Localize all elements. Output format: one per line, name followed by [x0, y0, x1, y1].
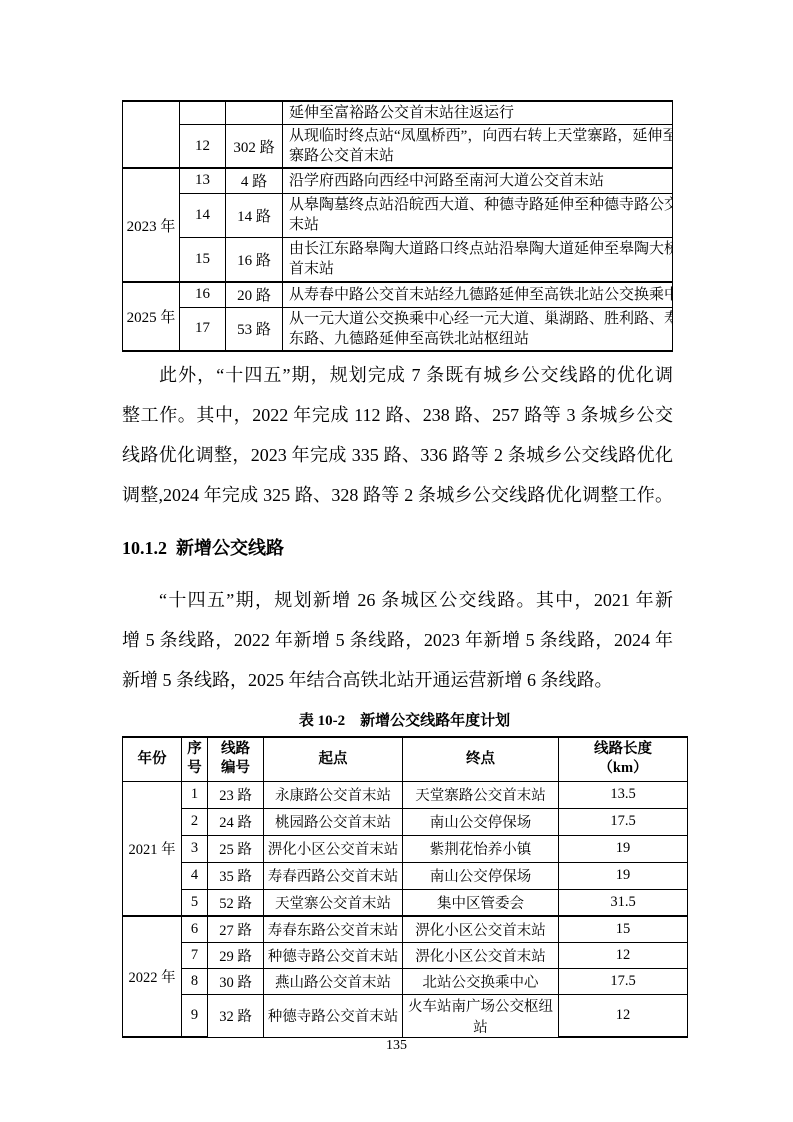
table-row: 4 35 路 寿春西路公交首末站 南山公交停保场 19 [123, 862, 688, 889]
seq-cell: 3 [182, 835, 208, 862]
desc-cell: 从皋陶墓终点站沿皖西大道、种德寺路延伸至种德寺路公交首 末站 [283, 193, 673, 237]
table-row: 8 30 路 燕山路公交首末站 北站公交换乘中心 17.5 [123, 968, 688, 994]
terminal-cell: 淠化小区公交首末站 [403, 942, 559, 968]
route-cell: 20 路 [226, 282, 283, 307]
origin-cell: 淠化小区公交首末站 [264, 835, 403, 862]
seq-cell [180, 101, 226, 125]
terminal-cell: 火车站南广场公交枢纽站 [403, 994, 559, 1037]
table-row: 2025 年 16 20 路 从寿春中路公交首末站经九德路延伸至高铁北站公交换乘… [123, 282, 673, 307]
origin-cell: 永康路公交首末站 [264, 781, 403, 808]
new-routes-table: 年份 序 号 线路 编号 起点 终点 线路长度 （km） 2021 年 1 23… [122, 736, 688, 1038]
seq-cell: 15 [180, 237, 226, 282]
paragraph-line: “十四五”期，规划新增 26 条城区公交线路。其中，2021 年新 [122, 580, 673, 620]
terminal-cell: 紫荆花怡养小镇 [403, 835, 559, 862]
seq-cell: 5 [182, 889, 208, 916]
terminal-cell: 集中区管委会 [403, 889, 559, 916]
seq-cell: 13 [180, 168, 226, 193]
seq-cell: 17 [180, 307, 226, 351]
terminal-cell: 北站公交换乘中心 [403, 968, 559, 994]
route-cell: 24 路 [208, 808, 264, 835]
paragraph-line: 新增 5 条线路，2025 年结合高铁北站开通运营新增 6 条线路。 [122, 660, 673, 700]
section-title: 新增公交线路 [176, 538, 284, 558]
origin-cell: 种德寺路公交首末站 [264, 942, 403, 968]
document-page: 延伸至富裕路公交首末站往返运行 12 302 路 从现临时终点站“凤凰桥西”，向… [0, 0, 793, 1122]
seq-cell: 12 [180, 125, 226, 169]
table-row: 延伸至富裕路公交首末站往返运行 [123, 101, 673, 125]
paragraph-new-routes: “十四五”期，规划新增 26 条城区公交线路。其中，2021 年新 增 5 条线… [122, 580, 673, 700]
header-route: 线路 编号 [208, 737, 264, 781]
header-origin: 起点 [264, 737, 403, 781]
table-row: 3 25 路 淠化小区公交首末站 紫荆花怡养小镇 19 [123, 835, 688, 862]
year-cell [123, 101, 180, 168]
year-cell: 2022 年 [123, 916, 182, 1037]
length-cell: 15 [559, 916, 688, 942]
table-row: 17 53 路 从一元大道公交换乘中心经一元大道、巢湖路、胜利路、寿春 东路、九… [123, 307, 673, 351]
route-cell: 4 路 [226, 168, 283, 193]
seq-cell: 1 [182, 781, 208, 808]
terminal-cell: 淠化小区公交首末站 [403, 916, 559, 942]
desc-cell: 从一元大道公交换乘中心经一元大道、巢湖路、胜利路、寿春 东路、九德路延伸至高铁北… [283, 307, 673, 351]
seq-cell: 8 [182, 968, 208, 994]
header-terminal: 终点 [403, 737, 559, 781]
route-cell: 16 路 [226, 237, 283, 282]
seq-cell: 4 [182, 862, 208, 889]
page-number: 135 [0, 1036, 793, 1056]
table-row: 7 29 路 种德寺路公交首末站 淠化小区公交首末站 12 [123, 942, 688, 968]
table-row: 15 16 路 由长江东路皋陶大道路口终点站沿皋陶大道延伸至皋陶大桥北 首末站 [123, 237, 673, 282]
route-cell: 27 路 [208, 916, 264, 942]
table-row: 14 14 路 从皋陶墓终点站沿皖西大道、种德寺路延伸至种德寺路公交首 末站 [123, 193, 673, 237]
terminal-cell: 南山公交停保场 [403, 862, 559, 889]
route-cell: 29 路 [208, 942, 264, 968]
paragraph-line: 线路优化调整，2023 年完成 335 路、336 路等 2 条城乡公交线路优化 [122, 435, 673, 475]
header-length: 线路长度 （km） [559, 737, 688, 781]
seq-cell: 14 [180, 193, 226, 237]
header-year: 年份 [123, 737, 182, 781]
paragraph-line: 整工作。其中，2022 年完成 112 路、238 路、257 路等 3 条城乡… [122, 395, 673, 435]
length-cell: 12 [559, 994, 688, 1037]
route-cell: 25 路 [208, 835, 264, 862]
table-row: 5 52 路 天堂寨公交首末站 集中区管委会 31.5 [123, 889, 688, 916]
length-cell: 12 [559, 942, 688, 968]
route-cell: 53 路 [226, 307, 283, 351]
seq-cell: 6 [182, 916, 208, 942]
adjusted-routes-table-continued: 延伸至富裕路公交首末站往返运行 12 302 路 从现临时终点站“凤凰桥西”，向… [122, 100, 673, 352]
route-cell: 30 路 [208, 968, 264, 994]
seq-cell: 16 [180, 282, 226, 307]
origin-cell: 寿春东路公交首末站 [264, 916, 403, 942]
route-cell: 14 路 [226, 193, 283, 237]
desc-cell: 延伸至富裕路公交首末站往返运行 [283, 101, 673, 125]
length-cell: 19 [559, 862, 688, 889]
origin-cell: 天堂寨公交首末站 [264, 889, 403, 916]
length-cell: 19 [559, 835, 688, 862]
desc-cell: 由长江东路皋陶大道路口终点站沿皋陶大道延伸至皋陶大桥北 首末站 [283, 237, 673, 282]
year-cell: 2023 年 [123, 168, 180, 282]
desc-cell: 从现临时终点站“凤凰桥西”，向西右转上天堂寨路，延伸至天堂 寨路公交首末站 [283, 125, 673, 169]
table-header-row: 年份 序 号 线路 编号 起点 终点 线路长度 （km） [123, 737, 688, 781]
header-seq: 序 号 [182, 737, 208, 781]
year-cell: 2021 年 [123, 781, 182, 916]
paragraph-line: 此外，“十四五”期，规划完成 7 条既有城乡公交线路的优化调 [122, 355, 673, 395]
terminal-cell: 南山公交停保场 [403, 808, 559, 835]
length-cell: 17.5 [559, 808, 688, 835]
table-row: 9 32 路 种德寺路公交首末站 火车站南广场公交枢纽站 12 [123, 994, 688, 1037]
origin-cell: 燕山路公交首末站 [264, 968, 403, 994]
route-cell: 302 路 [226, 125, 283, 169]
route-cell: 35 路 [208, 862, 264, 889]
seq-cell: 9 [182, 994, 208, 1037]
length-cell: 31.5 [559, 889, 688, 916]
length-cell: 17.5 [559, 968, 688, 994]
seq-cell: 7 [182, 942, 208, 968]
length-cell: 13.5 [559, 781, 688, 808]
table-row: 2023 年 13 4 路 沿学府西路向西经中河路至南河大道公交首末站 [123, 168, 673, 193]
desc-cell: 从寿春中路公交首末站经九德路延伸至高铁北站公交换乘中心 [283, 282, 673, 307]
terminal-cell: 天堂寨路公交首末站 [403, 781, 559, 808]
origin-cell: 桃园路公交首末站 [264, 808, 403, 835]
section-heading: 10.1.2新增公交线路 [122, 528, 284, 568]
route-cell: 52 路 [208, 889, 264, 916]
table-row: 2 24 路 桃园路公交首末站 南山公交停保场 17.5 [123, 808, 688, 835]
table-row: 2022 年 6 27 路 寿春东路公交首末站 淠化小区公交首末站 15 [123, 916, 688, 942]
paragraph-line: 调整,2024 年完成 325 路、328 路等 2 条城乡公交线路优化调整工作… [122, 475, 673, 515]
route-cell: 23 路 [208, 781, 264, 808]
desc-cell: 沿学府西路向西经中河路至南河大道公交首末站 [283, 168, 673, 193]
origin-cell: 寿春西路公交首末站 [264, 862, 403, 889]
seq-cell: 2 [182, 808, 208, 835]
table-caption: 表 10-2 新增公交线路年度计划 [122, 708, 687, 734]
route-cell [226, 101, 283, 125]
section-number: 10.1.2 [122, 538, 167, 558]
paragraph-optimization: 此外，“十四五”期，规划完成 7 条既有城乡公交线路的优化调 整工作。其中，20… [122, 355, 673, 515]
year-cell: 2025 年 [123, 282, 180, 351]
table-row: 2021 年 1 23 路 永康路公交首末站 天堂寨路公交首末站 13.5 [123, 781, 688, 808]
paragraph-line: 增 5 条线路，2022 年新增 5 条线路，2023 年新增 5 条线路，20… [122, 620, 673, 660]
route-cell: 32 路 [208, 994, 264, 1037]
origin-cell: 种德寺路公交首末站 [264, 994, 403, 1037]
table-row: 12 302 路 从现临时终点站“凤凰桥西”，向西右转上天堂寨路，延伸至天堂 寨… [123, 125, 673, 169]
